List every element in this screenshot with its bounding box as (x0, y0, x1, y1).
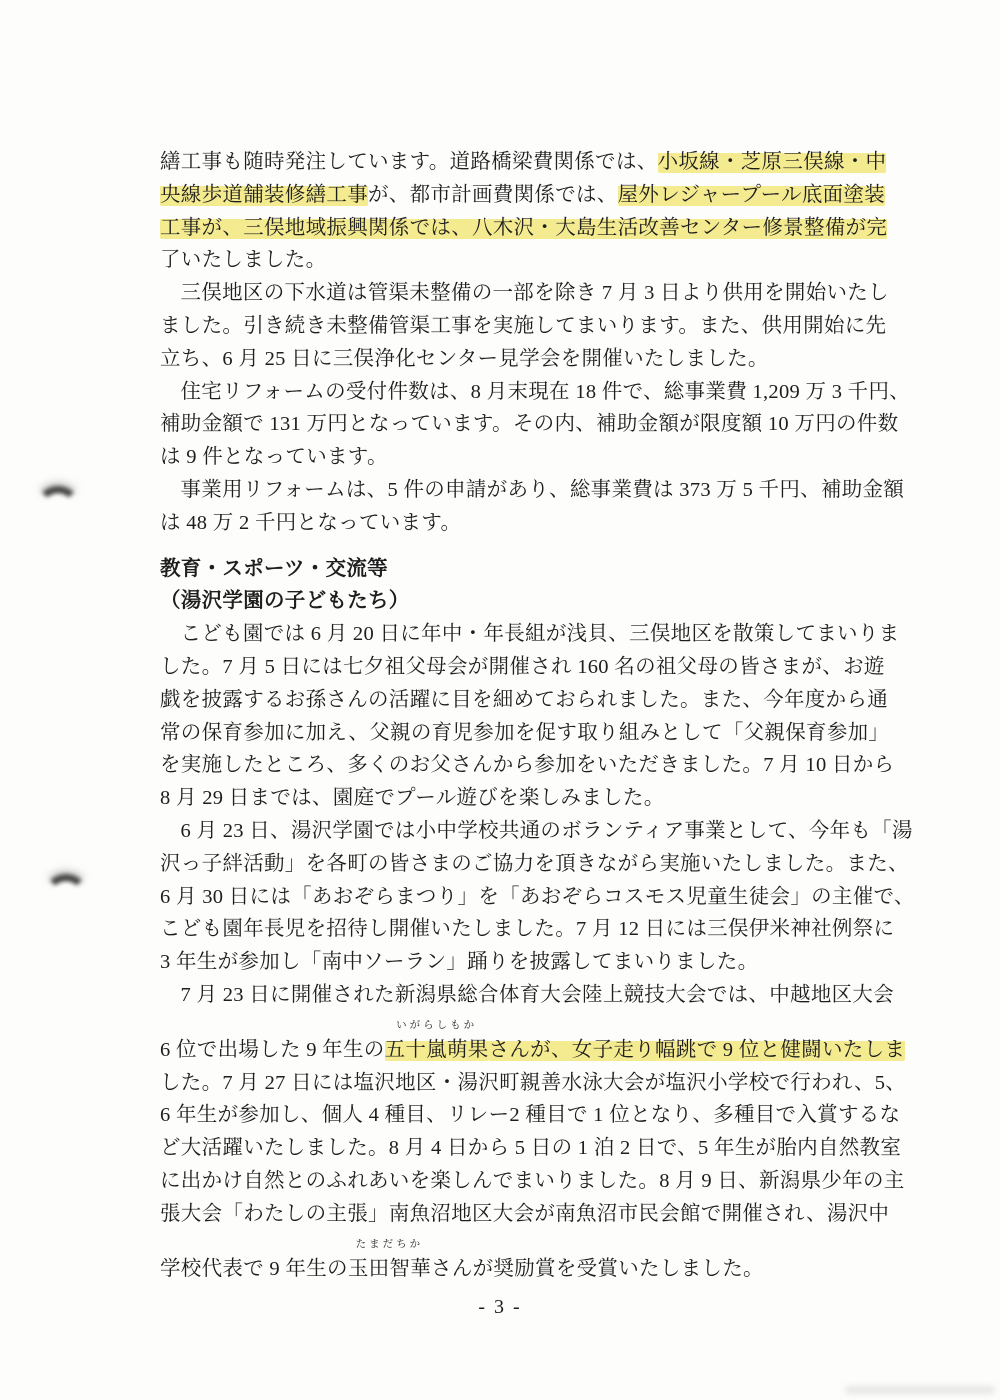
text-segment: こども園年長児を招待し開催いたしました。7 月 12 日には三俣伊米神社例祭に (160, 918, 894, 940)
text-line: 事業用リフォームは、5 件の申請があり、総事業費は 373 万 5 千円、補助金… (160, 474, 886, 507)
page-number: - 3 - (0, 1296, 1000, 1319)
text-line: 補助金額で 131 万円となっています。その内、補助金額が限度額 10 万円の件… (160, 408, 886, 441)
text-line: 教育・スポーツ・交流等 (160, 553, 886, 586)
text-segment: を実施したところ、多くのお父さんから参加をいただきました。7 月 10 日から (160, 754, 894, 776)
text-segment: 教育・スポーツ・交流等 (160, 557, 388, 580)
text-segment: 立ち、6 月 25 日に三俣浄化センター見学会を開催いたしました。 (160, 348, 769, 370)
text-line: は 9 件となっています。 (160, 441, 886, 474)
text-line: 常の保育参加に加え、父親の育児参加を促す取り組みとして「父親保育参加」 (160, 717, 886, 750)
text-segment: は 48 万 2 千円となっています。 (160, 512, 461, 534)
furigana: たまだちか (356, 1240, 424, 1250)
text-line: 7 月 23 日に開催された新潟県総合体育大会陸上競技大会では、中越地区大会 (160, 979, 886, 1012)
text-segment: 6 月 23 日、湯沢学園では小中学校共通のボランティア事業として、今年も「湯 (181, 820, 913, 842)
text-line: 8 月 29 日までは、園庭でプール遊びを楽しみました。 (160, 782, 886, 815)
highlighted-text-segment: 小坂線・芝原三俣線・中 (658, 151, 887, 173)
text-line: は 48 万 2 千円となっています。 (160, 507, 886, 540)
section-heading: 教育・スポーツ・交流等 (160, 553, 886, 586)
text-segment: （湯沢学園の子どもたち） (160, 589, 410, 612)
text-segment: 3 年生が参加し「南中ソーラン」踊りを披露してまいりました。 (160, 951, 758, 973)
section-subheading: （湯沢学園の子どもたち） (160, 585, 886, 618)
text-line: 住宅リフォームの受付件数は、8 月末現在 18 件で、総事業費 1,209 万 … (160, 376, 886, 409)
highlighted-text-segment: 工事が、三俣地域振興関係では、八木沢・大島生活改善センター修景整備が完 (160, 217, 887, 239)
text-line: 央線歩道舗装修繕工事が、都市計画費関係では、屋外レジャープール底面塗装 (160, 179, 886, 212)
text-line: 沢っ子絆活動」を各町の皆さまのご協力を頂きながら実施いたしました。また、 (160, 848, 886, 881)
paragraph: 住宅リフォームの受付件数は、8 月末現在 18 件で、総事業費 1,209 万 … (160, 376, 886, 474)
text-segment: ました。引き続き未整備管渠工事を実施してまいります。また、供用開始に先 (160, 315, 886, 337)
text-segment: 玉田智華 (348, 1258, 431, 1280)
text-line: 三俣地区の下水道は管渠未整備の一部を除き 7 月 3 日より供用を開始いたし (160, 277, 886, 310)
text-line: ど大活躍いたしました。8 月 4 日から 5 日の 1 泊 2 日で、5 年生が… (160, 1132, 886, 1165)
text-line: 学校代表で 9 年生のたまだちか玉田智華さんが奨励賞を受賞いたしました。 (160, 1253, 886, 1286)
paragraph: 三俣地区の下水道は管渠未整備の一部を除き 7 月 3 日より供用を開始いたしまし… (160, 277, 886, 375)
text-segment: 6 月 30 日には「あおぞらまつり」を「あおぞらコスモス児童生徒会」の主催で、 (160, 886, 915, 908)
text-segment: 繕工事も随時発注しています。道路橋梁費関係では、 (160, 151, 658, 173)
punch-hole-shadow-top (36, 486, 80, 528)
text-segment: した。7 月 5 日には七夕祖父母会が開催され 160 名の祖父母の皆さまが、お… (160, 656, 885, 678)
scan-smudge (845, 1386, 995, 1394)
text-line: 6 年生が参加し、個人 4 種目、リレー2 種目で 1 位となり、多種目で入賞す… (160, 1099, 886, 1132)
text-segment: 学校代表で 9 年生の (160, 1258, 348, 1280)
text-segment: 五十嵐萌果 (385, 1039, 489, 1061)
ruby-annotated-name: たまだちか玉田智華 (348, 1253, 431, 1286)
text-segment: 補助金額で 131 万円となっています。その内、補助金額が限度額 10 万円の件… (160, 413, 898, 435)
text-segment: 三俣地区の下水道は管渠未整備の一部を除き 7 月 3 日より供用を開始いたし (181, 282, 889, 304)
text-line: 了いたしました。 (160, 244, 886, 277)
ruby-annotated-name: いがらしもか五十嵐萌果 (385, 1034, 489, 1067)
text-line: 6 位で出場した 9 年生のいがらしもか五十嵐萌果さんが、女子走り幅跳で 9 位… (160, 1034, 886, 1067)
text-line: 3 年生が参加し「南中ソーラン」踊りを披露してまいりました。 (160, 946, 886, 979)
text-segment: さんが奨励賞を受賞いたしました。 (431, 1258, 764, 1280)
furigana: いがらしもか (396, 1021, 477, 1031)
text-segment: 戯を披露するお孫さんの活躍に目を細めておられました。また、今年度から通 (160, 689, 888, 711)
text-line: こども園では 6 月 20 日に年中・年長組が浅貝、三俣地区を散策してまいりま (160, 618, 886, 651)
text-segment: 常の保育参加に加え、父親の育児参加を促す取り組みとして「父親保育参加」 (160, 722, 889, 744)
text-segment: した。7 月 27 日には塩沢地区・湯沢町親善水泳大会が塩沢小学校で行われ、5、 (160, 1072, 906, 1094)
scanned-document-page: 繕工事も随時発注しています。道路橋梁費関係では、小坂線・芝原三俣線・中央線歩道舗… (0, 0, 1000, 1400)
highlighted-text-segment: 屋外レジャープール底面塗装 (618, 184, 885, 206)
text-segment: 7 月 23 日に開催された新潟県総合体育大会陸上競技大会では、中越地区大会 (181, 984, 895, 1006)
text-line: に出かけ自然とのふれあいを楽しんでまいりました。8 月 9 日、新潟県少年の主 (160, 1165, 886, 1198)
text-line: 工事が、三俣地域振興関係では、八木沢・大島生活改善センター修景整備が完 (160, 212, 886, 245)
text-line: 6 月 30 日には「あおぞらまつり」を「あおぞらコスモス児童生徒会」の主催で、 (160, 881, 886, 914)
text-segment: は 9 件となっています。 (160, 446, 388, 468)
paragraph: 繕工事も随時発注しています。道路橋梁費関係では、小坂線・芝原三俣線・中央線歩道舗… (160, 146, 886, 277)
paragraph: 7 月 23 日に開催された新潟県総合体育大会陸上競技大会では、中越地区大会6 … (160, 979, 886, 1285)
text-line: ました。引き続き未整備管渠工事を実施してまいります。また、供用開始に先 (160, 310, 886, 343)
text-segment: 6 位で出場した 9 年生の (160, 1039, 385, 1061)
text-line: 立ち、6 月 25 日に三俣浄化センター見学会を開催いたしました。 (160, 343, 886, 376)
text-segment: ど大活躍いたしました。8 月 4 日から 5 日の 1 泊 2 日で、5 年生が… (160, 1137, 901, 1159)
text-line: した。7 月 27 日には塩沢地区・湯沢町親善水泳大会が塩沢小学校で行われ、5、 (160, 1067, 886, 1100)
text-line: こども園年長児を招待し開催いたしました。7 月 12 日には三俣伊米神社例祭に (160, 913, 886, 946)
text-line: 張大会「わたしの主張」南魚沼地区大会が南魚沼市民会館で開催され、湯沢中 (160, 1198, 886, 1231)
text-segment: こども園では 6 月 20 日に年中・年長組が浅貝、三俣地区を散策してまいりま (181, 623, 900, 645)
text-segment: 了いたしました。 (160, 249, 326, 271)
text-segment: 事業用リフォームは、5 件の申請があり、総事業費は 373 万 5 千円、補助金… (181, 479, 905, 501)
highlighted-text-segment: 央線歩道舗装修繕工事 (160, 184, 368, 206)
text-segment: 8 月 29 日までは、園庭でプール遊びを楽しみました。 (160, 787, 665, 809)
text-segment: 6 年生が参加し、個人 4 種目、リレー2 種目で 1 位となり、多種目で入賞す… (160, 1104, 900, 1126)
text-line: 戯を披露するお孫さんの活躍に目を細めておられました。また、今年度から通 (160, 684, 886, 717)
text-line: （湯沢学園の子どもたち） (160, 585, 886, 618)
text-line: した。7 月 5 日には七夕祖父母会が開催され 160 名の祖父母の皆さまが、お… (160, 651, 886, 684)
punch-hole-shadow-bottom (44, 874, 88, 916)
text-segment: が、都市計画費関係では、 (368, 184, 618, 206)
paragraph: 6 月 23 日、湯沢学園では小中学校共通のボランティア事業として、今年も「湯沢… (160, 815, 886, 979)
text-line: を実施したところ、多くのお父さんから参加をいただきました。7 月 10 日から (160, 749, 886, 782)
paragraph: こども園では 6 月 20 日に年中・年長組が浅貝、三俣地区を散策してまいりまし… (160, 618, 886, 815)
paragraph: 事業用リフォームは、5 件の申請があり、総事業費は 373 万 5 千円、補助金… (160, 474, 886, 540)
text-line: 6 月 23 日、湯沢学園では小中学校共通のボランティア事業として、今年も「湯 (160, 815, 886, 848)
text-segment: に出かけ自然とのふれあいを楽しんでまいりました。8 月 9 日、新潟県少年の主 (160, 1170, 905, 1192)
text-segment: 住宅リフォームの受付件数は、8 月末現在 18 件で、総事業費 1,209 万 … (181, 381, 911, 403)
text-segment: 沢っ子絆活動」を各町の皆さまのご協力を頂きながら実施いたしました。また、 (160, 853, 909, 875)
document-body: 繕工事も随時発注しています。道路橋梁費関係では、小坂線・芝原三俣線・中央線歩道舗… (160, 146, 886, 1285)
highlighted-text-segment: さんが、女子走り幅跳で 9 位と健闘いたしま (489, 1039, 906, 1061)
text-line: 繕工事も随時発注しています。道路橋梁費関係では、小坂線・芝原三俣線・中 (160, 146, 886, 179)
text-segment: 張大会「わたしの主張」南魚沼地区大会が南魚沼市民会館で開催され、湯沢中 (160, 1203, 889, 1225)
